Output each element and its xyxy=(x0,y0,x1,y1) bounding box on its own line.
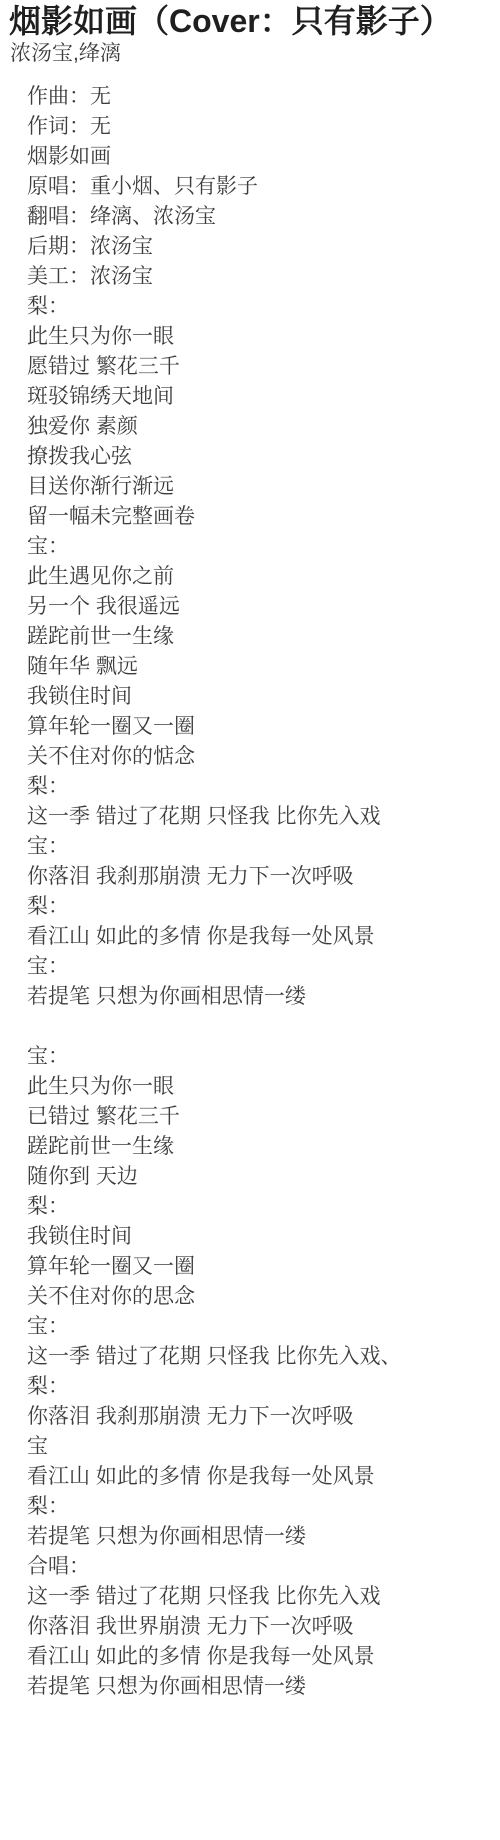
lyric-line: 宝： xyxy=(27,532,490,562)
lyric-line: 留一幅未完整画卷 xyxy=(27,502,490,532)
song-title: 烟影如画（Cover：只有影子） xyxy=(0,2,500,40)
lyric-line: 看江山 如此的多情 你是我每一处风景 xyxy=(27,1462,490,1492)
lyric-line: 你落泪 我刹那崩溃 无力下一次呼吸 xyxy=(27,862,490,892)
lyric-line: 目送你渐行渐远 xyxy=(27,472,490,502)
lyric-line: 宝： xyxy=(27,1312,490,1342)
lyric-line: 后期：浓汤宝 xyxy=(27,232,490,262)
lyric-line: 此生只为你一眼 xyxy=(27,1072,490,1102)
lyric-line: 合唱： xyxy=(27,1552,490,1582)
lyric-line: 关不住对你的惦念 xyxy=(27,742,490,772)
lyric-line: 你落泪 我刹那崩溃 无力下一次呼吸 xyxy=(27,1402,490,1432)
lyric-line: 此生遇见你之前 xyxy=(27,562,490,592)
lyric-line: 梨： xyxy=(27,1192,490,1222)
lyric-line: 斑驳锦绣天地间 xyxy=(27,382,490,412)
lyric-line: 独爱你 素颜 xyxy=(27,412,490,442)
lyric-line: 作词：无 xyxy=(27,112,490,142)
lyric-line: 宝： xyxy=(27,952,490,982)
lyric-line: 蹉跎前世一生缘 xyxy=(27,622,490,652)
lyric-line: 已错过 繁花三千 xyxy=(27,1102,490,1132)
lyric-line: 随年华 飘远 xyxy=(27,652,490,682)
lyric-line: 若提笔 只想为你画相思情一缕 xyxy=(27,982,490,1012)
lyric-line: 算年轮一圈又一圈 xyxy=(27,1252,490,1282)
lyric-line: 美工：浓汤宝 xyxy=(27,262,490,292)
lyric-line: 翻唱：绛漓、浓汤宝 xyxy=(27,202,490,232)
lyric-line: 宝 xyxy=(27,1432,490,1462)
lyric-line: 这一季 错过了花期 只怪我 比你先入戏 xyxy=(27,1582,490,1612)
lyric-line: 撩拨我心弦 xyxy=(27,442,490,472)
lyric-line: 宝： xyxy=(27,832,490,862)
lyric-line: 你落泪 我世界崩溃 无力下一次呼吸 xyxy=(27,1612,490,1642)
lyric-line: 梨： xyxy=(27,292,490,322)
lyric-line: 梨： xyxy=(27,1492,490,1522)
lyric-line: 梨： xyxy=(27,892,490,922)
lyric-line: 梨： xyxy=(27,772,490,802)
lyric-line: 看江山 如此的多情 你是我每一处风景 xyxy=(27,922,490,952)
lyric-line: 此生只为你一眼 xyxy=(27,322,490,352)
lyric-line: 作曲：无 xyxy=(27,82,490,112)
lyric-line: 愿错过 繁花三千 xyxy=(27,352,490,382)
lyric-line: 梨： xyxy=(27,1372,490,1402)
lyric-line xyxy=(27,1012,490,1042)
lyric-line: 我锁住时间 xyxy=(27,682,490,712)
lyric-line: 算年轮一圈又一圈 xyxy=(27,712,490,742)
lyric-line: 烟影如画 xyxy=(27,142,490,172)
lyric-line: 若提笔 只想为你画相思情一缕 xyxy=(27,1672,490,1702)
lyric-line: 这一季 错过了花期 只怪我 比你先入戏 xyxy=(27,802,490,832)
lyric-line: 这一季 错过了花期 只怪我 比你先入戏、 xyxy=(27,1342,490,1372)
lyric-line: 看江山 如此的多情 你是我每一处风景 xyxy=(27,1642,490,1672)
artist-names: 浓汤宝,绛漓 xyxy=(0,42,500,66)
lyrics-block: 作曲：无作词：无烟影如画原唱：重小烟、只有影子翻唱：绛漓、浓汤宝后期：浓汤宝美工… xyxy=(0,82,500,1702)
lyric-line: 蹉跎前世一生缘 xyxy=(27,1132,490,1162)
lyric-line: 关不住对你的思念 xyxy=(27,1282,490,1312)
lyric-line: 若提笔 只想为你画相思情一缕 xyxy=(27,1522,490,1552)
lyric-line: 原唱：重小烟、只有影子 xyxy=(27,172,490,202)
lyric-line: 另一个 我很遥远 xyxy=(27,592,490,622)
lyric-line: 随你到 天边 xyxy=(27,1162,490,1192)
lyric-line: 宝： xyxy=(27,1042,490,1072)
lyric-line: 我锁住时间 xyxy=(27,1222,490,1252)
